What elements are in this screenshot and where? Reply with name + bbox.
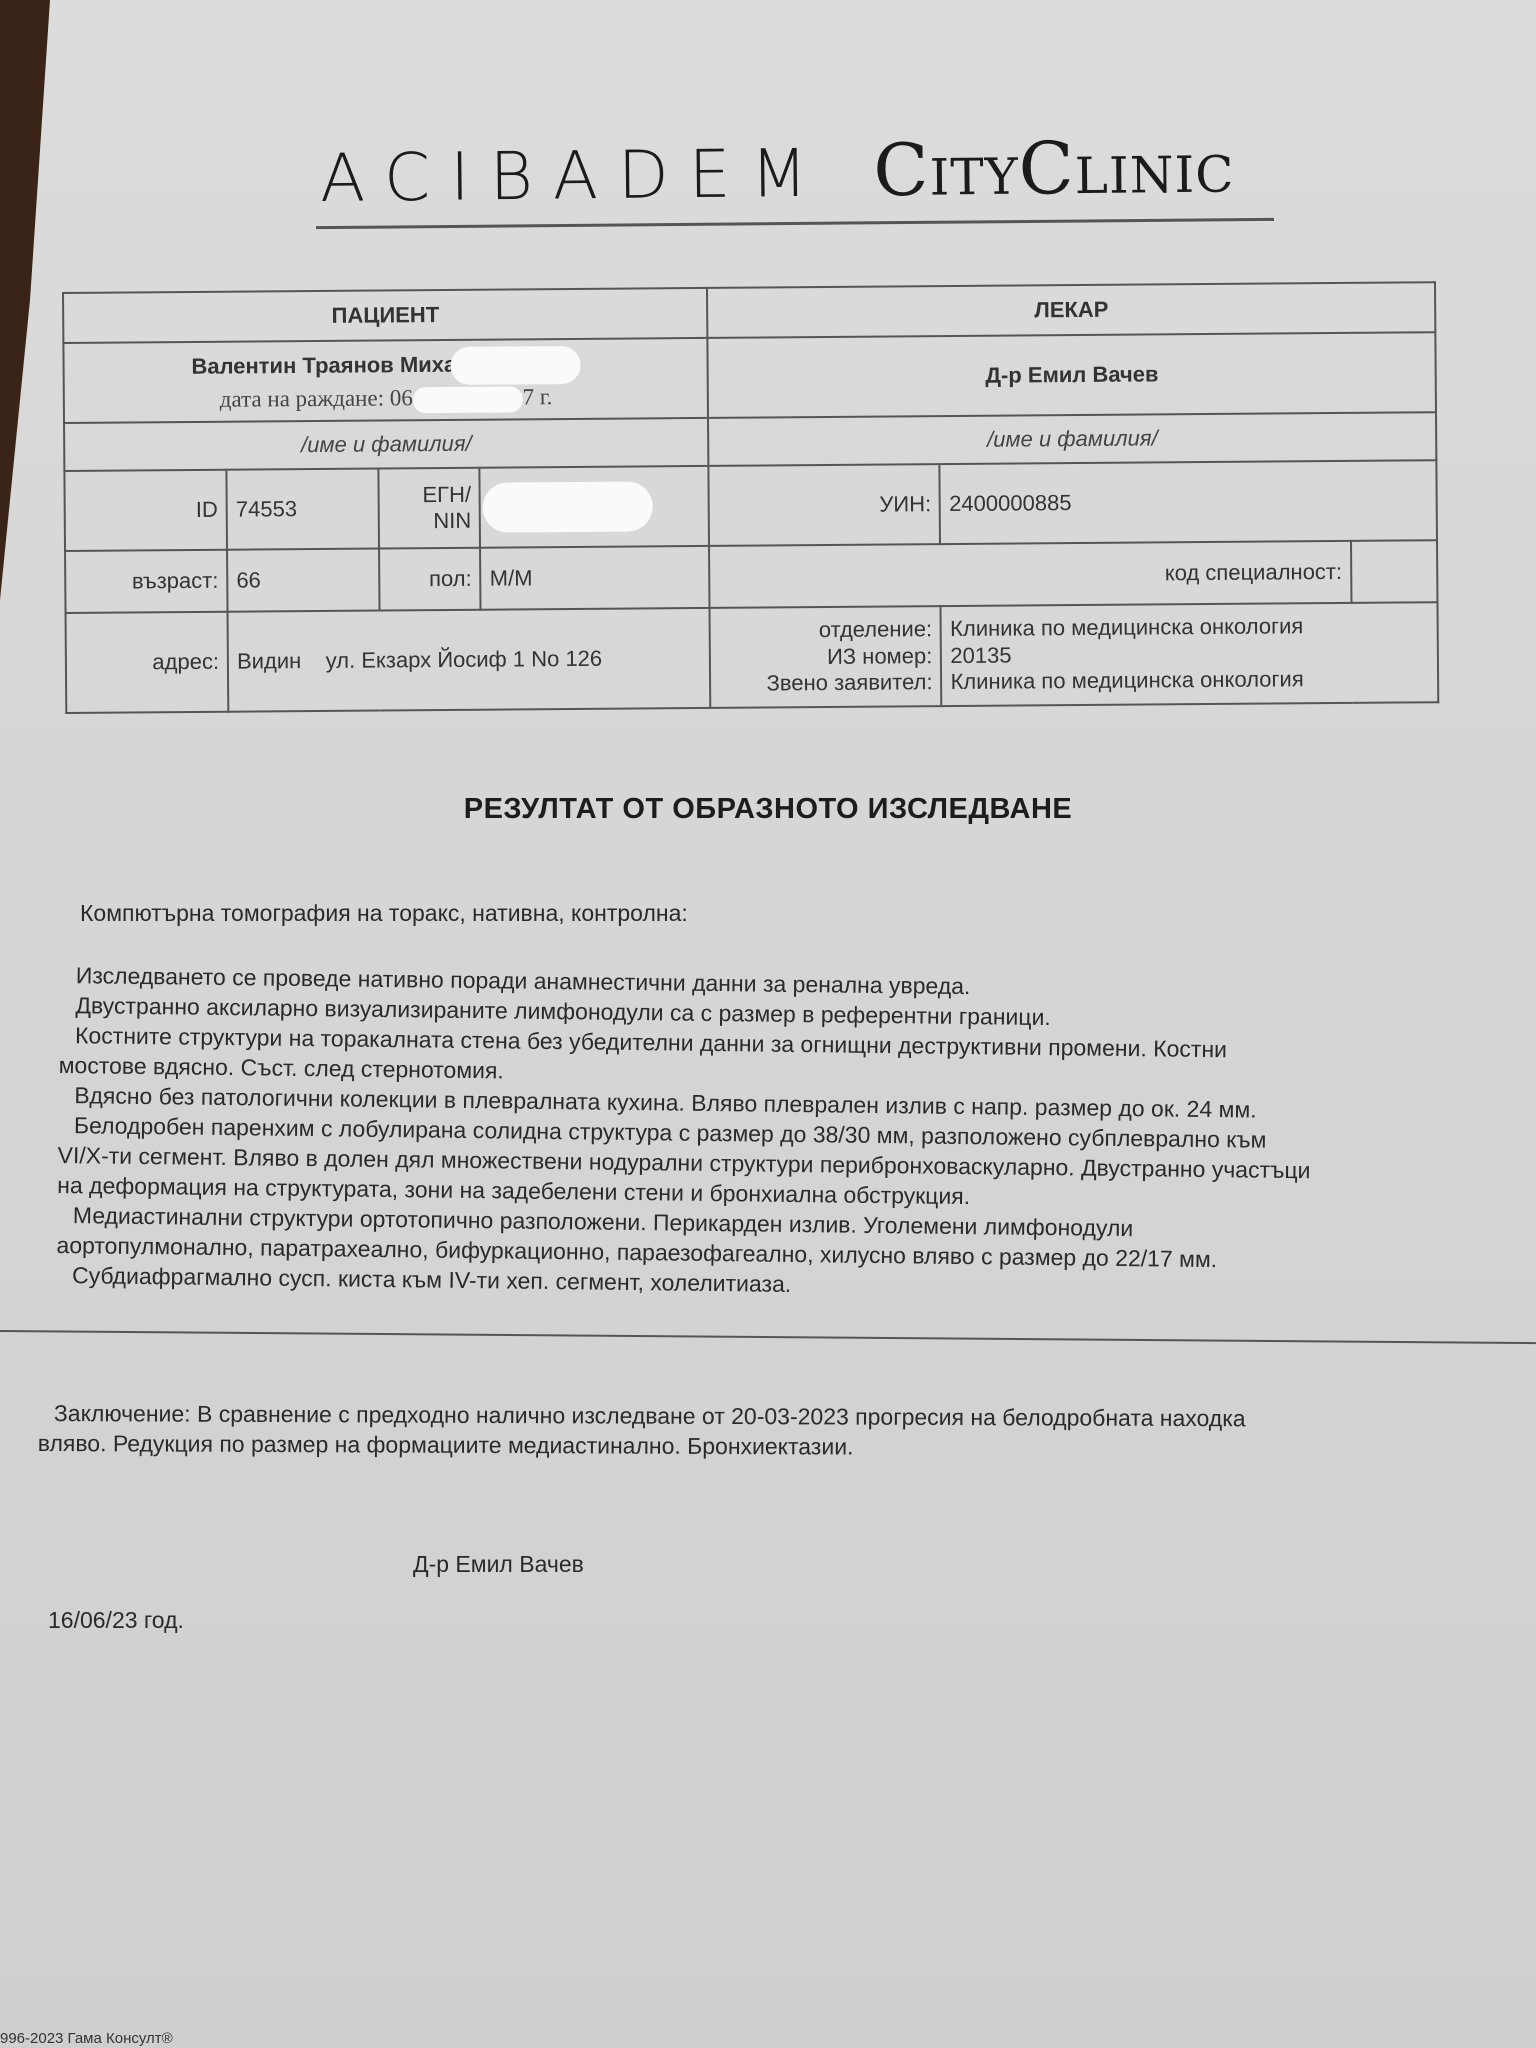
department-labels: отделение: ИЗ номер: Звено заявител: <box>710 606 942 708</box>
department-label: отделение: <box>719 617 932 645</box>
footer-copyright: 996-2023 Гама Консулт® <box>0 2030 173 2047</box>
clinic-logo: ACIBADEM CityClinic <box>320 130 1276 212</box>
patient-name-sublabel: /име и фамилия/ <box>64 418 709 471</box>
uin-value: 2400000885 <box>940 460 1437 544</box>
doctor-name: Д-р Емил Вачев <box>985 361 1158 387</box>
findings-text: Изследването се проведе нативно поради а… <box>56 960 1536 1308</box>
iz-number-label: ИЗ номер: <box>719 643 932 671</box>
iz-number-value: 20135 <box>950 639 1429 669</box>
id-label: ID <box>64 470 227 551</box>
patient-dob: дата на раждане: 06.7 г. <box>73 383 700 416</box>
egn-label: ЕГН/ NIN <box>379 468 481 549</box>
specialty-label: код специалност: <box>709 541 1351 608</box>
doctor-header: ЛЕКАР <box>707 282 1435 338</box>
report-date: 16/06/23 год. <box>48 1607 184 1634</box>
specialty-value <box>1351 540 1438 603</box>
requester-label: Звено заявител: <box>719 669 932 697</box>
sex-label: пол: <box>379 548 481 611</box>
uin-label: УИН: <box>709 464 941 546</box>
address-label: адрес: <box>66 612 229 713</box>
exam-type: Компютърна томография на торакс, нативна… <box>80 900 688 927</box>
report-title: РЕЗУЛТАТ ОТ ОБРАЗНОТО ИЗСЛЕДВАНЕ <box>0 793 1536 826</box>
patient-header: ПАЦИЕНТ <box>63 288 708 343</box>
conclusion: Заключение: В сравнение с предходно нали… <box>38 1398 1518 1464</box>
logo-clinic: CityClinic <box>873 130 1235 206</box>
age-value: 66 <box>227 549 379 612</box>
redaction-mark <box>450 346 580 385</box>
patient-doctor-table: ПАЦИЕНТ ЛЕКАР Валентин Траянов Миха дата… <box>62 281 1439 714</box>
patient-name-cell: Валентин Траянов Миха дата на раждане: 0… <box>63 338 708 423</box>
redaction-mark <box>483 481 653 532</box>
department-values: Клиника по медицинска онкология 20135 Кл… <box>941 602 1438 706</box>
id-value: 74553 <box>227 469 380 550</box>
patient-name: Валентин Траянов Миха <box>72 345 699 388</box>
redaction-mark <box>412 386 522 413</box>
doctor-name-sublabel: /име и фамилия/ <box>708 412 1436 466</box>
address-value: Видин ул. Екзарх Йосиф 1 No 126 <box>228 608 711 712</box>
logo-brand: ACIBADEM <box>320 141 828 212</box>
doctor-signature: Д-р Емил Вачев <box>413 1551 584 1578</box>
department-value: Клиника по медицинска онкология <box>950 613 1429 643</box>
requester-value: Клиника по медицинска онкология <box>950 665 1429 695</box>
egn-value <box>480 466 710 548</box>
doctor-name-cell: Д-р Емил Вачев <box>708 332 1436 418</box>
sex-value: М/М <box>480 546 709 610</box>
age-label: възраст: <box>65 550 228 613</box>
